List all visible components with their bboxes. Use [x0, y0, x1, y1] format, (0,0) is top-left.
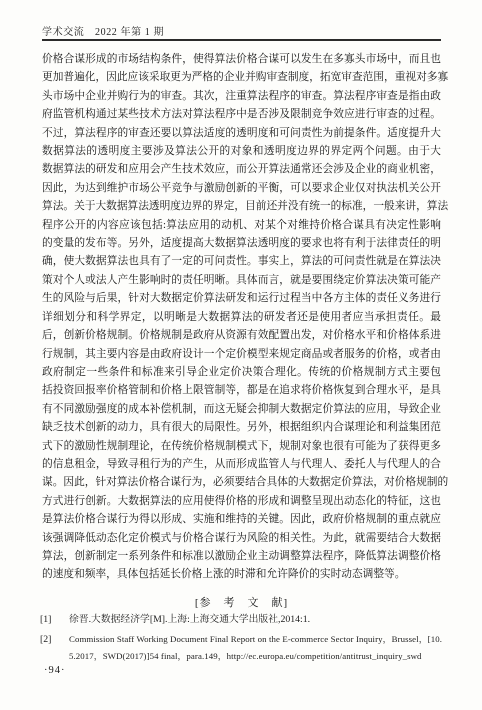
body-text-line: 政府制定一些条件和标准来引导企业定价决策合理化。传统的价格规制方式主要包 — [42, 363, 441, 381]
body-text-line: 括投资回报率价格管制和价格上限管制等，都是在追求将价格恢复到合理水平，是具 — [42, 381, 441, 399]
reference-item: [2] Commission Staff Working Document Fi… — [40, 631, 442, 666]
body-text-line: 式下的激励性规制理论，在传统价格规制模式下，规制对象也很有可能为了获得更多 — [42, 437, 441, 455]
body-text-line: 更加普遍化，因此应该采取更为严格的企业并购审查制度，拓宽审查范围，重视对多寡 — [42, 68, 441, 86]
body-text-line: 程序公开的内容应该包括:算法应用的动机、对某个对维持价格合谋具有决定性影响 — [42, 216, 441, 234]
body-text-line: 的变量的发布等。另外，适度提高大数据算法透明度的要求也将有利于法律责任的明 — [42, 234, 441, 252]
body-text-line: 行规制，其主要内容是由政府设计一个定价模型来规定商品或者服务的价格，或者由 — [42, 345, 441, 363]
body-text-line: 不过，算法程序的审查还要以算法适度的透明度和可问责性为前提条件。适度提升大 — [42, 124, 441, 142]
body-text-line: 数据算法的透明度主要涉及算法公开的对象和透明度边界的界定两个问题。由于大 — [42, 142, 441, 160]
body-text-line: 策对个人或法人产生影响时的责任明晰。具体而言，就是要围绕定价算法决策可能产 — [42, 271, 441, 289]
body-text-line: 后，创新价格规制。价格规制是政府从资源有效配置出发，对价格水平和价格体系进 — [42, 326, 441, 344]
body-text-line: 是算法价格合谋行为得以形成、实施和维持的关键。因此，政府价格规制的重点就应 — [42, 510, 441, 528]
body-text-line: 确，使大数据算法也具有了一定的可问责性。事实上，算法的可问责性就是在算法决 — [42, 252, 441, 270]
body-text-line: 该强调降低动态化定价模式与价格合谋行为风险的相关性。为此，就需要结合大数据 — [42, 529, 441, 547]
body-text-line: 缺乏技术创新的动力，具有很大的局限性。另外，根据组织内合谋理论和利益集团范 — [42, 418, 441, 436]
body-text-line: 详细划分和科学界定，以明晰是大数据算法的研发者还是使用者应当承担责任。最 — [42, 308, 441, 326]
reference-item: [1] 徐晋.大数据经济学[M].上海:上海交通大学出版社,2014:1. — [40, 611, 442, 628]
reference-text: Commission Staff Working Document Final … — [69, 631, 442, 666]
body-text-line: 府监管机构通过某些技术方法对算法程序中是否涉及限制竞争效应进行审查的过程。 — [42, 105, 441, 123]
body-text-line: 生的风险与后果，针对大数据定价算法研发和运行过程当中各方主体的责任义务进行 — [42, 289, 441, 307]
body-text-line: 价格合谋形成的市场结构条件，使得算法价格合谋可以发生在多寡头市场中，而且也 — [42, 50, 441, 68]
reference-label: [2] — [40, 631, 60, 666]
running-header: 学术交流 2022 年第 1 期 — [42, 23, 164, 38]
reference-text: 徐晋.大数据经济学[M].上海:上海交通大学出版社,2014:1. — [69, 611, 442, 628]
body-text-line: 的速度和频率，具体包括延长价格上涨的时滞和允许降价的实时动态调整等。 — [42, 565, 441, 583]
body-text-line: 谋。因此，针对算法价格合谋行为，必须要结合具体的大数据定价算法，对价格规制的 — [42, 473, 441, 491]
body-text-line: 有不同激励强度的成本补偿机制，而这无疑会抑制大数据定价算法的应用，导致企业 — [42, 400, 441, 418]
page-number: ·94· — [44, 665, 66, 676]
header-rule — [42, 39, 441, 41]
body-text-line: 数据算法的研发和应用会产生技术效应，而公开算法通常还会涉及企业的商业机密， — [42, 160, 441, 178]
reference-label: [1] — [40, 611, 60, 628]
journal-page: 学术交流 2022 年第 1 期 价格合谋形成的市场结构条件，使得算法价格合谋可… — [0, 0, 482, 710]
article-body-text: 价格合谋形成的市场结构条件，使得算法价格合谋可以发生在多寡头市场中，而且也更加普… — [42, 50, 441, 584]
body-text-line: 方式进行创新。大数据算法的应用使得价格的形成和调整呈现出动态化的特征，这也 — [42, 492, 441, 510]
body-text-line: 算法，创新制定一系列条件和标准以激励企业主动调整算法程序，降低算法调整价格 — [42, 547, 441, 565]
references-list: [1] 徐晋.大数据经济学[M].上海:上海交通大学出版社,2014:1. [2… — [40, 611, 442, 669]
body-text-line: 因此，为达到维护市场公平竞争与激励创新的平衡，可以要求企业仅对执法机关公开 — [42, 179, 441, 197]
body-text-line: 头市场中企业并购行为的审查。其次，注重算法程序的审查。算法程序审查是指由政 — [42, 87, 441, 105]
references-heading: [参 考 文 献] — [42, 594, 441, 610]
body-text-line: 算法。关于大数据算法透明度边界的界定，目前还并没有统一的标准，一般来讲，算法 — [42, 197, 441, 215]
body-text-line: 的信息租金，导致寻租行为的产生，从而形成监管人与代理人、委托人与代理人的合 — [42, 455, 441, 473]
